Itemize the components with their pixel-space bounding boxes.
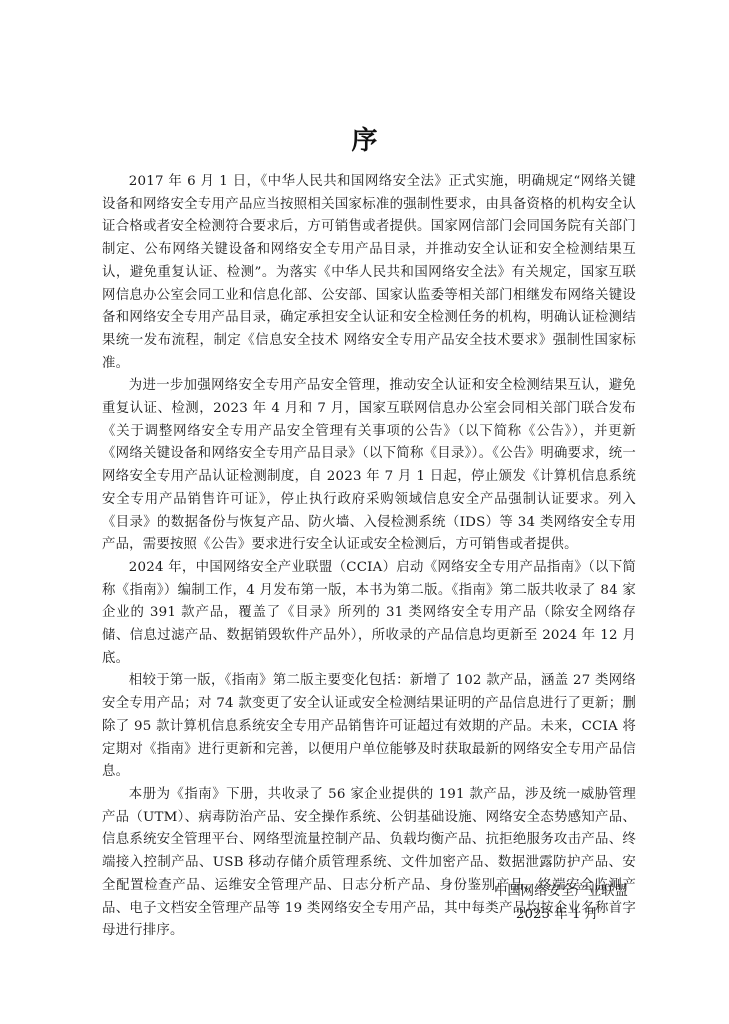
preface-body: 2017 年 6 月 1 日，《中华人民共和国网络安全法》正式实施，明确规定“网… [102,171,636,943]
paragraph-1: 2017 年 6 月 1 日，《中华人民共和国网络安全法》正式实施，明确规定“网… [102,171,636,375]
paragraph-4: 相较于第一版，《指南》第二版主要变化包括：新增了 102 款产品，涵盖 27 类… [102,670,636,784]
paragraph-2: 为进一步加强网络安全专用产品安全管理，推动安全认证和安全检测结果互认，避免重复认… [102,375,636,557]
signature-organization: 中国网络安全产业联盟 [494,880,628,899]
document-page: 序 2017 年 6 月 1 日，《中华人民共和国网络安全法》正式实施，明确规定… [0,0,729,1024]
paragraph-3: 2024 年，中国网络安全产业联盟（CCIA）启动《网络安全专用产品指南》（以下… [102,557,636,671]
signature-date: 2025 年 1 月 [516,903,598,922]
page-title: 序 [0,120,729,157]
